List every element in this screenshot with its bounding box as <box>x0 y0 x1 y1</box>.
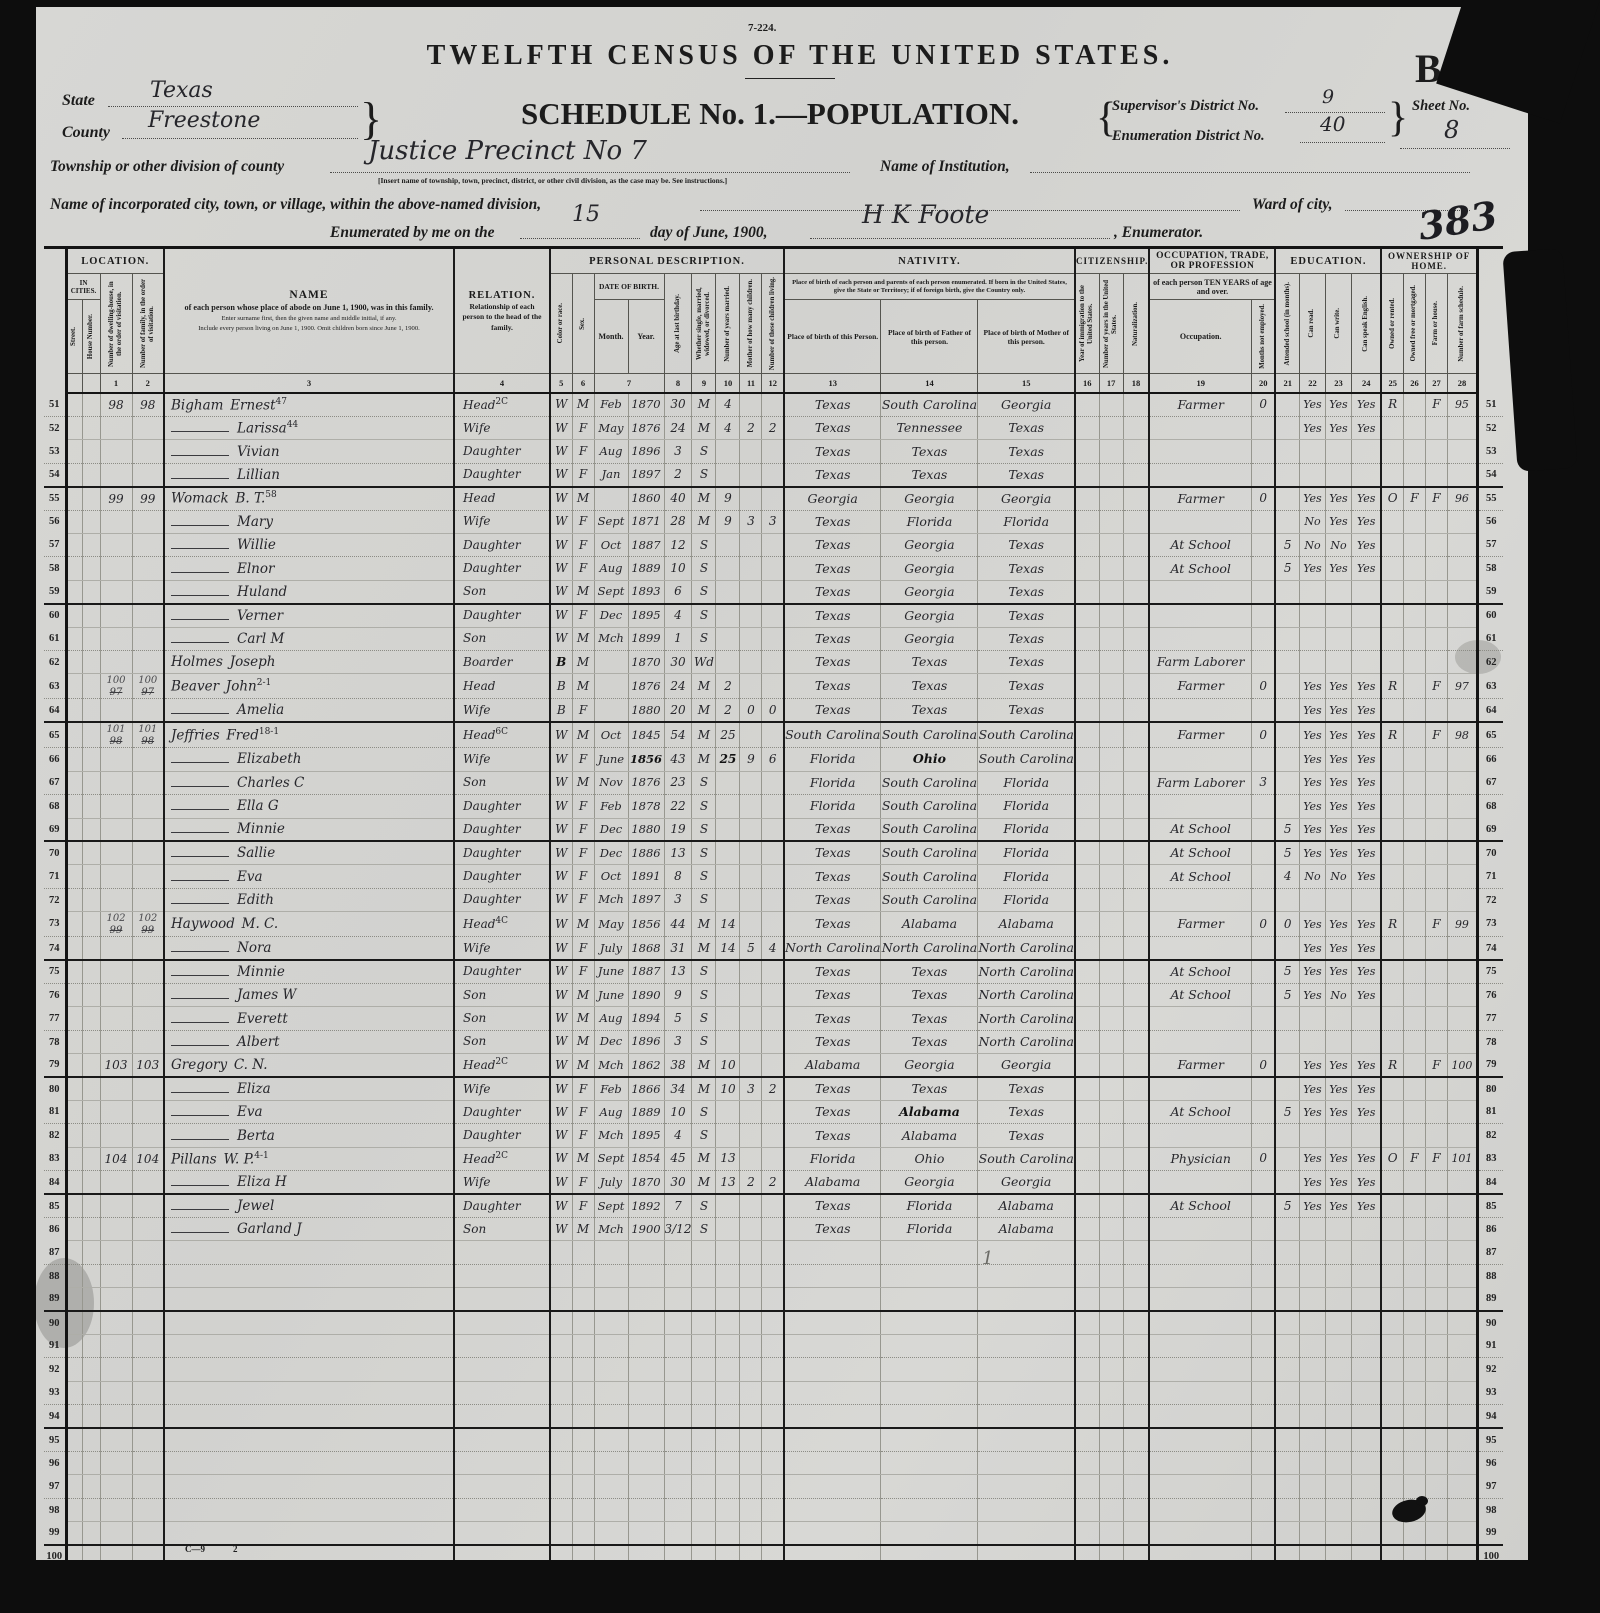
state-line <box>108 88 358 107</box>
cell-father-birthplace: Florida <box>881 1194 978 1217</box>
header-pob-father: Place of birth of Father of this person. <box>881 300 978 374</box>
cell-can-write: Yes <box>1325 795 1351 818</box>
cell-occupation <box>1149 604 1251 627</box>
cell-marital: S <box>692 440 716 463</box>
cell-relation: Daughter <box>454 463 550 486</box>
cell-mother-birthplace: Florida <box>978 510 1075 533</box>
cell-sex: F <box>572 1171 594 1194</box>
cell-owned-rented: R <box>1381 722 1403 748</box>
cell-years-married: 4 <box>716 416 740 439</box>
cell-owned-rented <box>1381 1218 1403 1241</box>
cell-street <box>66 580 82 603</box>
cell-street <box>66 1124 82 1147</box>
cell-owned-rented <box>1381 1171 1403 1194</box>
cell-family-number: 104 <box>132 1147 164 1170</box>
cell-street <box>66 1428 82 1451</box>
cell-house <box>82 1100 100 1123</box>
cell-farm-schedule <box>1447 580 1477 603</box>
cell-family-number: 99 <box>132 487 164 510</box>
cell-color: W <box>550 722 572 748</box>
cell-birthplace: Texas <box>784 510 881 533</box>
cell-occupation <box>1149 888 1251 911</box>
cell-can-read: Yes <box>1299 416 1325 439</box>
cell-naturalization <box>1123 1218 1149 1241</box>
cell-relation: Daughter <box>454 841 550 864</box>
cell-age: 40 <box>664 487 692 510</box>
cell-farm-house <box>1425 1405 1447 1428</box>
cell-children-living <box>762 1194 784 1217</box>
cell-birth-month: Aug <box>594 440 628 463</box>
cell-years-married <box>716 818 740 841</box>
cell-mother-of <box>740 771 762 794</box>
cell-father-birthplace: Georgia <box>881 533 978 556</box>
cell-house <box>82 771 100 794</box>
cell-years-married <box>716 1124 740 1147</box>
cell-family-number <box>132 983 164 1006</box>
cell-marital: M <box>692 1147 716 1170</box>
cell-relation: Son <box>454 580 550 603</box>
cell-father-birthplace: Alabama <box>881 912 978 937</box>
cell-can-write <box>1325 1030 1351 1053</box>
cell-street <box>66 440 82 463</box>
cell-age: 9 <box>664 983 692 1006</box>
cell-family-number <box>132 1311 164 1334</box>
cell-farm-house <box>1425 533 1447 556</box>
cell-mother-of <box>740 1264 762 1287</box>
ditto-dash <box>171 1223 229 1233</box>
cell-children-living <box>762 1522 784 1545</box>
cell-years-in-us <box>1099 1288 1123 1311</box>
cell-occupation <box>1149 627 1251 650</box>
cell-father-birthplace <box>881 1405 978 1428</box>
cell-naturalization <box>1123 440 1149 463</box>
county-value: Freestone <box>148 108 260 133</box>
cell-free-mortgaged <box>1403 1030 1425 1053</box>
cell-mother-birthplace: Florida <box>978 771 1075 794</box>
cell-mother-of <box>740 1030 762 1053</box>
ditto-dash <box>171 800 229 810</box>
cell-months-not-employed <box>1251 1030 1275 1053</box>
row-number-left: 66 <box>44 748 66 771</box>
cell-farm-house <box>1425 463 1447 486</box>
cell-speaks-english <box>1351 1241 1381 1264</box>
cell-mother-birthplace: Texas <box>978 650 1075 673</box>
cell-farm-schedule <box>1447 937 1477 960</box>
film-edge-top <box>0 0 1600 7</box>
cell-mother-of <box>740 960 762 983</box>
cell-children-living <box>762 1007 784 1030</box>
cell-marital <box>692 1405 716 1428</box>
cell-months-not-employed <box>1251 1264 1275 1287</box>
cell-relation <box>454 1241 550 1264</box>
cell-color: W <box>550 771 572 794</box>
cell-can-read <box>1299 1522 1325 1545</box>
cell-owned-rented <box>1381 1428 1403 1451</box>
cell-years-in-us <box>1099 487 1123 510</box>
cell-can-read <box>1299 1475 1325 1498</box>
cell-sex: M <box>572 674 594 699</box>
cell-can-write <box>1325 1007 1351 1030</box>
row-number-left: 52 <box>44 416 66 439</box>
cell-can-write <box>1325 1475 1351 1498</box>
cell-years-in-us <box>1099 748 1123 771</box>
cell-name: Gregory C. N. <box>164 1054 454 1077</box>
cell-name <box>164 1381 454 1404</box>
cell-father-birthplace: Texas <box>881 463 978 486</box>
cell-color: W <box>550 1171 572 1194</box>
cell-can-read: Yes <box>1299 1171 1325 1194</box>
cell-birth-year: 1894 <box>628 1007 664 1030</box>
cell-dwelling-number <box>100 1381 132 1404</box>
cell-dwelling-number <box>100 1171 132 1194</box>
row-number-right: 91 <box>1477 1335 1503 1358</box>
cell-free-mortgaged <box>1403 771 1425 794</box>
cell-birth-month <box>594 487 628 510</box>
cell-sex <box>572 1498 594 1521</box>
cell-months-not-employed <box>1251 1381 1275 1404</box>
cell-sex: F <box>572 865 594 888</box>
row-number-right: 81 <box>1477 1100 1503 1123</box>
cell-marital: S <box>692 818 716 841</box>
cell-mother-birthplace: Georgia <box>978 487 1075 510</box>
row-number-left: 95 <box>44 1428 66 1451</box>
cell-birthplace: Alabama <box>784 1054 881 1077</box>
cell-farm-house <box>1425 888 1447 911</box>
cell-owned-rented <box>1381 841 1403 864</box>
cell-birth-month <box>594 674 628 699</box>
cell-mother-of <box>740 1522 762 1545</box>
cell-birth-month <box>594 1358 628 1381</box>
row-number-left: 55 <box>44 487 66 510</box>
cell-marital <box>692 1311 716 1334</box>
ditto-dash <box>171 422 229 432</box>
cell-can-read <box>1299 1428 1325 1451</box>
cell-months-not-employed: 0 <box>1251 487 1275 510</box>
cell-birth-year: 1895 <box>628 1124 664 1147</box>
cell-family-number <box>132 937 164 960</box>
cell-marital <box>692 1381 716 1404</box>
cell-naturalization <box>1123 487 1149 510</box>
cell-mother-of <box>740 393 762 416</box>
cell-farm-schedule <box>1447 1007 1477 1030</box>
cell-family-number <box>132 604 164 627</box>
cell-can-read <box>1299 1264 1325 1287</box>
cell-years-in-us <box>1099 650 1123 673</box>
cell-farm-house <box>1425 1475 1447 1498</box>
cell-farm-house <box>1425 865 1447 888</box>
cell-age: 30 <box>664 650 692 673</box>
cell-free-mortgaged <box>1403 818 1425 841</box>
cell-relation: Wife <box>454 699 550 722</box>
row-number-right: 56 <box>1477 510 1503 533</box>
cell-birth-month: Mch <box>594 1054 628 1077</box>
cell-color: W <box>550 865 572 888</box>
cell-family-number <box>132 533 164 556</box>
colnum: 27 <box>1425 374 1447 394</box>
cell-owned-rented <box>1381 1007 1403 1030</box>
cell-farm-schedule: 97 <box>1447 674 1477 699</box>
cell-mother-birthplace: Texas <box>978 463 1075 486</box>
cell-can-write: Yes <box>1325 841 1351 864</box>
cell-naturalization <box>1123 393 1149 416</box>
cell-marital: M <box>692 937 716 960</box>
cell-can-write <box>1325 580 1351 603</box>
cell-family-number <box>132 1475 164 1498</box>
cell-occupation <box>1149 1452 1251 1475</box>
cell-street <box>66 1311 82 1334</box>
cell-farm-schedule <box>1447 983 1477 1006</box>
cell-years-married <box>716 1288 740 1311</box>
cell-house <box>82 1030 100 1053</box>
row-number-left: 83 <box>44 1147 66 1170</box>
cell-speaks-english <box>1351 1522 1381 1545</box>
cell-street <box>66 1358 82 1381</box>
cell-farm-schedule <box>1447 818 1477 841</box>
enumerator-suffix: , Enumerator. <box>1114 224 1203 242</box>
cell-age <box>664 1288 692 1311</box>
cell-name: Carl M <box>164 627 454 650</box>
cell-marital: S <box>692 1007 716 1030</box>
cell-mother-of <box>740 440 762 463</box>
cell-dwelling-number <box>100 795 132 818</box>
cell-mother-of <box>740 1405 762 1428</box>
cell-immigration-year <box>1075 1358 1099 1381</box>
cell-years-married <box>716 1194 740 1217</box>
cell-street <box>66 1405 82 1428</box>
cell-farm-schedule: 100 <box>1447 1054 1477 1077</box>
table-row: 70SallieDaughterWFDec188613STexasSouth C… <box>44 841 1503 864</box>
cell-speaks-english: Yes <box>1351 841 1381 864</box>
cell-speaks-english <box>1351 1007 1381 1030</box>
cell-naturalization <box>1123 771 1149 794</box>
cell-naturalization <box>1123 533 1149 556</box>
cell-marital: S <box>692 463 716 486</box>
cell-family-number <box>132 1007 164 1030</box>
cell-occupation <box>1149 1381 1251 1404</box>
cell-attended-school <box>1275 627 1299 650</box>
cell-father-birthplace: Georgia <box>881 1054 978 1077</box>
cell-relation <box>454 1452 550 1475</box>
cell-birth-year: 1889 <box>628 557 664 580</box>
cell-farm-schedule <box>1447 771 1477 794</box>
cell-naturalization <box>1123 1498 1149 1521</box>
cell-speaks-english: Yes <box>1351 1100 1381 1123</box>
cell-father-birthplace: Florida <box>881 1218 978 1241</box>
cell-age <box>664 1358 692 1381</box>
table-row: 631009710097Beaver John2-1HeadBM187624M2… <box>44 674 1503 699</box>
cell-name: Larissa44 <box>164 416 454 439</box>
cell-mother-of <box>740 1194 762 1217</box>
cell-free-mortgaged <box>1403 865 1425 888</box>
colnum: 18 <box>1123 374 1149 394</box>
ditto-dash <box>171 966 229 976</box>
cell-farm-house <box>1425 983 1447 1006</box>
cell-years-in-us <box>1099 1522 1123 1545</box>
cell-house <box>82 841 100 864</box>
header-years-us: Number of years in the United States. <box>1099 274 1123 374</box>
cell-name: Minnie <box>164 960 454 983</box>
cell-can-read <box>1299 1030 1325 1053</box>
cell-farm-house <box>1425 841 1447 864</box>
cell-birthplace: Texas <box>784 1124 881 1147</box>
cell-occupation: Farm Laborer <box>1149 650 1251 673</box>
cell-birth-month: Oct <box>594 533 628 556</box>
table-row: 80ElizaWifeWFFeb186634M1032TexasTexasTex… <box>44 1077 1503 1100</box>
cell-age: 2 <box>664 463 692 486</box>
cell-attended-school <box>1275 393 1299 416</box>
cell-relation: Wife <box>454 1171 550 1194</box>
cell-children-living <box>762 1475 784 1498</box>
cell-father-birthplace <box>881 1264 978 1287</box>
row-number-left: 73 <box>44 912 66 937</box>
cell-owned-rented <box>1381 1358 1403 1381</box>
cell-speaks-english <box>1351 1311 1381 1334</box>
row-number-right: 62 <box>1477 650 1503 673</box>
cell-mother-of <box>740 888 762 911</box>
cell-years-in-us <box>1099 1452 1123 1475</box>
row-number-left: 64 <box>44 699 66 722</box>
table-row: 559999Womack B. T.58HeadWM186040M9Georgi… <box>44 487 1503 510</box>
cell-father-birthplace: Florida <box>881 510 978 533</box>
cell-months-not-employed <box>1251 1311 1275 1334</box>
cell-speaks-english <box>1351 1264 1381 1287</box>
cell-relation: Wife <box>454 748 550 771</box>
cell-dwelling-number <box>100 1522 132 1545</box>
cell-can-read: Yes <box>1299 699 1325 722</box>
cell-house <box>82 627 100 650</box>
cell-immigration-year <box>1075 699 1099 722</box>
cell-years-married: 9 <box>716 487 740 510</box>
cell-free-mortgaged <box>1403 533 1425 556</box>
cell-house <box>82 1124 100 1147</box>
cell-attended-school <box>1275 1522 1299 1545</box>
cell-occupation <box>1149 795 1251 818</box>
cell-birth-year <box>628 1475 664 1498</box>
cell-sex: M <box>572 487 594 510</box>
cell-months-not-employed <box>1251 699 1275 722</box>
cell-dwelling-number <box>100 580 132 603</box>
cell-can-write <box>1325 440 1351 463</box>
cell-owned-rented <box>1381 463 1403 486</box>
cell-mother-birthplace: Georgia <box>978 1171 1075 1194</box>
cell-birth-month <box>594 1264 628 1287</box>
cell-mother-of <box>740 557 762 580</box>
cell-naturalization <box>1123 580 1149 603</box>
sheet-label: Sheet No. <box>1412 98 1470 115</box>
cell-relation: Son <box>454 627 550 650</box>
cell-naturalization <box>1123 912 1149 937</box>
cell-relation: Son <box>454 771 550 794</box>
cell-years-married: 14 <box>716 912 740 937</box>
cell-years-married: 25 <box>716 722 740 748</box>
cell-free-mortgaged <box>1403 1522 1425 1545</box>
cell-house <box>82 1311 100 1334</box>
row-number-right: 75 <box>1477 960 1503 983</box>
cell-children-living <box>762 440 784 463</box>
cell-age <box>664 1381 692 1404</box>
cell-color: W <box>550 1077 572 1100</box>
cell-children-living <box>762 627 784 650</box>
cell-birth-month: Oct <box>594 722 628 748</box>
cell-farm-house <box>1425 1311 1447 1334</box>
cell-age: 1 <box>664 627 692 650</box>
cell-family-number <box>132 841 164 864</box>
cell-street <box>66 1147 82 1170</box>
cell-name <box>164 1358 454 1381</box>
cell-months-not-employed <box>1251 748 1275 771</box>
cell-occupation <box>1149 1171 1251 1194</box>
table-row: 9191 <box>44 1335 1503 1358</box>
cell-father-birthplace: Texas <box>881 1077 978 1100</box>
cell-free-mortgaged <box>1403 1381 1425 1404</box>
cell-years-in-us <box>1099 557 1123 580</box>
cell-color <box>550 1405 572 1428</box>
cell-mother-birthplace: North Carolina <box>978 937 1075 960</box>
cell-immigration-year <box>1075 818 1099 841</box>
cell-immigration-year <box>1075 1335 1099 1358</box>
cell-years-in-us <box>1099 1405 1123 1428</box>
cell-birth-month <box>594 1288 628 1311</box>
cell-birthplace: Florida <box>784 748 881 771</box>
cell-mother-of <box>740 1475 762 1498</box>
cell-can-write: Yes <box>1325 1077 1351 1100</box>
table-row: 9494 <box>44 1405 1503 1428</box>
cell-attended-school <box>1275 1428 1299 1451</box>
cell-sex: F <box>572 463 594 486</box>
ditto-dash <box>171 1083 229 1093</box>
cell-birth-month <box>594 1241 628 1264</box>
cell-name: Huland <box>164 580 454 603</box>
cell-birthplace <box>784 1358 881 1381</box>
enumerated-mid: day of June, 1900, <box>650 224 768 242</box>
cell-father-birthplace: Tennessee <box>881 416 978 439</box>
cell-attended-school <box>1275 440 1299 463</box>
cell-free-mortgaged <box>1403 1428 1425 1451</box>
cell-children-living <box>762 1054 784 1077</box>
cell-mother-of <box>740 1452 762 1475</box>
cell-mother-of <box>740 1381 762 1404</box>
row-number-right: 86 <box>1477 1218 1503 1241</box>
cell-attended-school <box>1275 1264 1299 1287</box>
header-farm-sched: Number of farm schedule. <box>1447 274 1477 374</box>
cell-color: W <box>550 1007 572 1030</box>
row-number-right: 53 <box>1477 440 1503 463</box>
cell-farm-schedule: 101 <box>1447 1147 1477 1170</box>
cell-children-living <box>762 674 784 699</box>
cell-occupation: At School <box>1149 1100 1251 1123</box>
cell-marital: M <box>692 393 716 416</box>
cell-birthplace: Georgia <box>784 487 881 510</box>
cell-house <box>82 1381 100 1404</box>
cell-speaks-english: Yes <box>1351 1194 1381 1217</box>
cell-speaks-english: Yes <box>1351 818 1381 841</box>
cell-age: 13 <box>664 841 692 864</box>
cell-farm-schedule <box>1447 1077 1477 1100</box>
cell-father-birthplace <box>881 1452 978 1475</box>
cell-attended-school: 4 <box>1275 865 1299 888</box>
cell-birth-month: Sept <box>594 510 628 533</box>
cell-house <box>82 1171 100 1194</box>
cell-name: Lillian <box>164 463 454 486</box>
cell-children-living <box>762 1124 784 1147</box>
cell-free-mortgaged <box>1403 841 1425 864</box>
cell-naturalization <box>1123 1124 1149 1147</box>
cell-street <box>66 937 82 960</box>
cell-father-birthplace: South Carolina <box>881 888 978 911</box>
cell-relation: Daughter <box>454 604 550 627</box>
cell-mother-of <box>740 1147 762 1170</box>
cell-birth-month: May <box>594 912 628 937</box>
